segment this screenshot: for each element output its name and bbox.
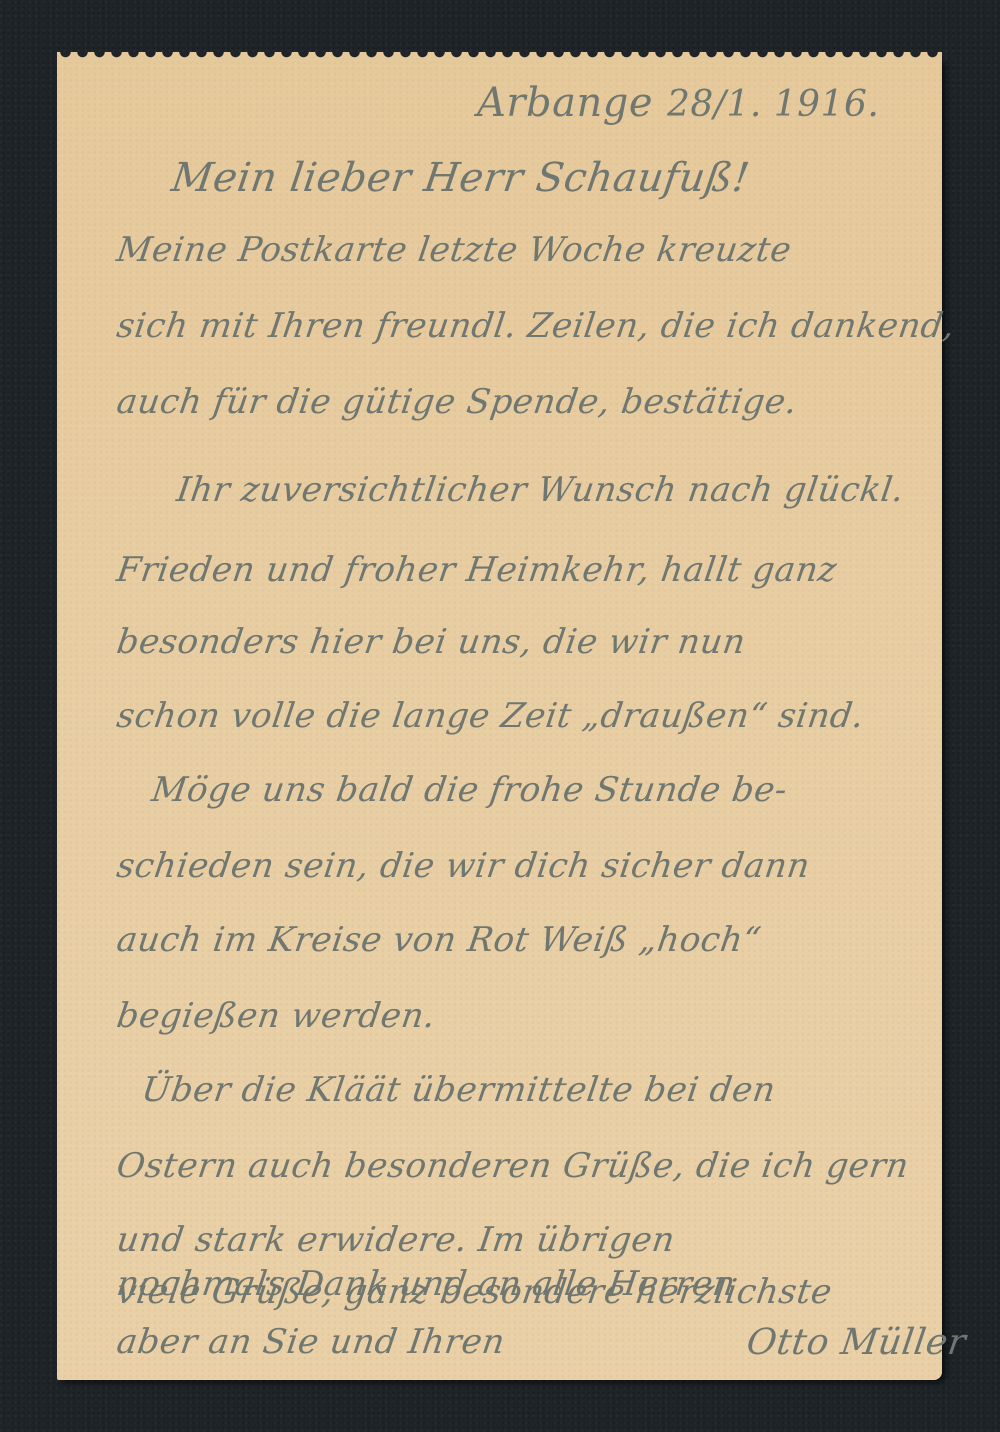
place-date-line: Arbange28/1. 1916. <box>477 80 879 126</box>
letter-line: auch für die gütige Spende, bestätige. <box>114 382 800 422</box>
postcard: Arbange28/1. 1916. Mein lieber Herr Scha… <box>57 60 942 1380</box>
letter-line: Ostern auch besonderen Grüße, die ich ge… <box>114 1146 911 1186</box>
date: 28/1. 1916. <box>667 84 879 125</box>
letter-line: auch im Kreise von Rot Weiß „hoch“ <box>114 920 763 960</box>
letter-line: Über die Kläät übermittelte bei den <box>139 1070 778 1110</box>
letter-line: besonders hier bei uns, die wir nun <box>114 622 748 662</box>
letter-line: schieden sein, die wir dich sicher dann <box>114 846 812 886</box>
salutation: Mein lieber Herr Schaufuß! <box>169 155 753 201</box>
letter-line: schon volle die lange Zeit „draußen“ sin… <box>114 696 866 736</box>
letter-line: Frieden und froher Heimkehr, hallt ganz <box>114 550 839 590</box>
signature: Otto Müller <box>744 1322 968 1363</box>
perforated-edge <box>57 52 942 62</box>
letter-line: Ihr zuversichtlicher Wunsch nach glückl. <box>174 470 907 510</box>
letter-line: Möge uns bald die frohe Stunde be- <box>149 770 790 810</box>
letter-line: begießen werden. <box>114 996 438 1036</box>
place-name: Arbange <box>477 80 653 126</box>
letter-line: sich mit Ihren freundl. Zeilen, die ich … <box>114 306 957 346</box>
letter-line: Meine Postkarte letzte Woche kreuzte <box>114 230 794 270</box>
letter-line: und stark erwidere. Im übrigen <box>114 1220 677 1260</box>
letter-line: viele Grüße, ganz besondere herzlichste <box>114 1272 834 1312</box>
letter-line: aber an Sie und Ihren <box>114 1322 507 1362</box>
